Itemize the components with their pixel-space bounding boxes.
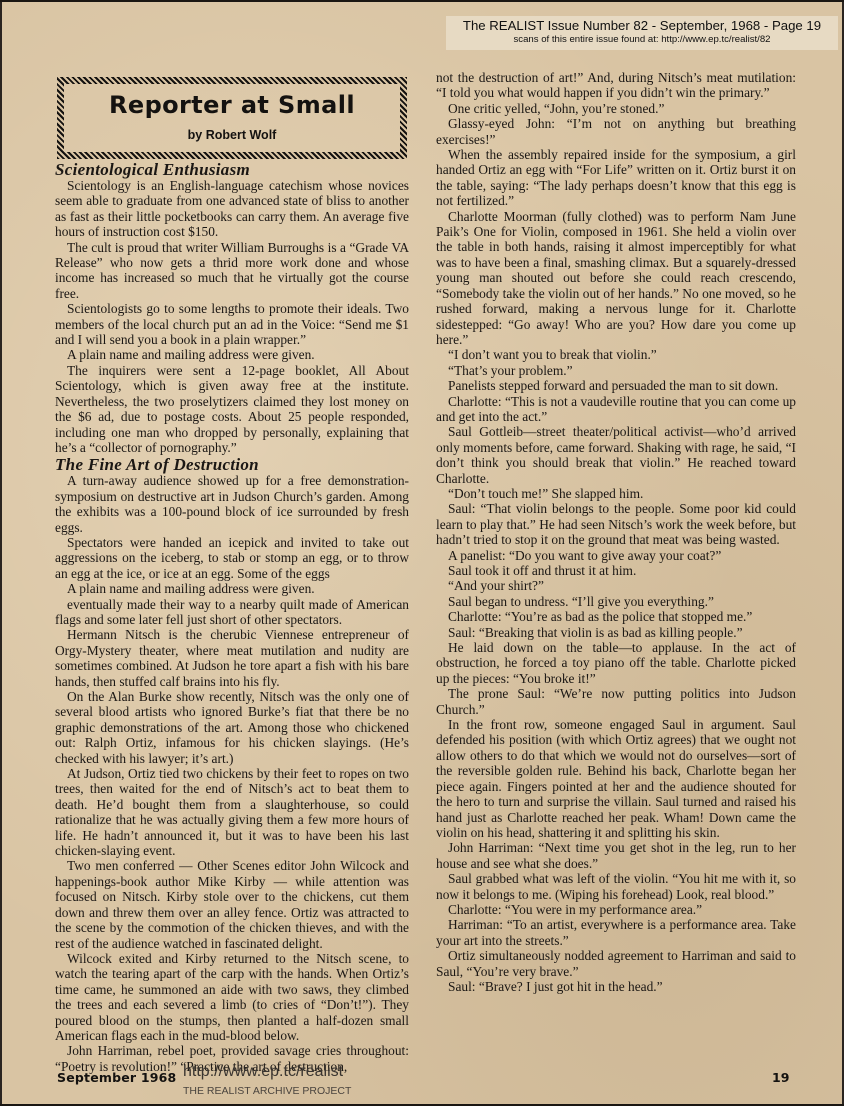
paragraph: Saul took it off and thrust it at him. xyxy=(436,563,796,578)
paragraph: Scientology is an English-language catec… xyxy=(55,178,409,240)
paragraph: Hermann Nitsch is the cherubic Viennese … xyxy=(55,627,409,689)
paragraph: Saul grabbed what was left of the violin… xyxy=(436,871,796,902)
article-masthead: Reporter at Small by Robert Wolf xyxy=(57,77,407,159)
paragraph: Saul: “Brave? I just got hit in the head… xyxy=(436,979,796,994)
paragraph: One critic yelled, “John, you’re stoned.… xyxy=(436,101,796,116)
paragraph: When the assembly repaired inside for th… xyxy=(436,147,796,209)
paragraph: Saul: “Breaking that violin is as bad as… xyxy=(436,625,796,640)
paragraph: In the front row, someone engaged Saul i… xyxy=(436,717,796,840)
paragraph: At Judson, Ortiz tied two chickens by th… xyxy=(55,766,409,858)
paragraph: John Harriman: “Next time you get shot i… xyxy=(436,840,796,871)
article-title: Reporter at Small xyxy=(64,91,400,119)
section-heading-scientology: Scientological Enthusiasm xyxy=(55,161,409,178)
section-body-destruction: A turn-away audience showed up for a fre… xyxy=(55,473,409,1074)
footer-date: September 1968 xyxy=(57,1070,176,1085)
paragraph: The prone Saul: “We’re now putting polit… xyxy=(436,686,796,717)
paragraph: Spectators were handed an icepick and in… xyxy=(55,535,409,581)
paragraph: On the Alan Burke show recently, Nitsch … xyxy=(55,689,409,766)
paragraph: “Don’t touch me!” She slapped him. xyxy=(436,486,796,501)
right-column: not the destruction of art!” And, during… xyxy=(436,70,796,994)
paragraph: Saul Gottleib—street theater/political a… xyxy=(436,424,796,486)
paragraph: “That’s your problem.” xyxy=(436,363,796,378)
paragraph: Harriman: “To an artist, everywhere is a… xyxy=(436,917,796,948)
paragraph: not the destruction of art!” And, during… xyxy=(436,70,796,101)
article-byline: by Robert Wolf xyxy=(64,128,400,142)
archive-banner-subtitle: scans of this entire issue found at: htt… xyxy=(446,34,838,46)
paragraph: Scientologists go to some lengths to pro… xyxy=(55,301,409,347)
paragraph: Wilcock exited and Kirby returned to the… xyxy=(55,951,409,1043)
section-body-scientology: Scientology is an English-language catec… xyxy=(55,178,409,455)
paragraph: A panelist: “Do you want to give away yo… xyxy=(436,548,796,563)
page-number: 19 xyxy=(772,1070,789,1085)
footer-project: THE REALIST ARCHIVE PROJECT xyxy=(183,1085,351,1097)
paragraph: Saul: “That violin belongs to the people… xyxy=(436,501,796,547)
paragraph: Charlotte Moorman (fully clothed) was to… xyxy=(436,209,796,348)
archive-banner: The REALIST Issue Number 82 - September,… xyxy=(446,16,838,50)
paragraph: Charlotte: “This is not a vaudeville rou… xyxy=(436,394,796,425)
paragraph: He laid down on the table—to applause. I… xyxy=(436,640,796,686)
right-column-body: not the destruction of art!” And, during… xyxy=(436,70,796,994)
magazine-page: The REALIST Issue Number 82 - September,… xyxy=(0,2,844,1104)
paragraph: Ortiz simultaneously nodded agreement to… xyxy=(436,948,796,979)
paragraph: The inquirers were sent a 12-page bookle… xyxy=(55,363,409,455)
paragraph: Glassy-eyed John: “I’m not on anything b… xyxy=(436,116,796,147)
section-heading-destruction: The Fine Art of Destruction xyxy=(55,456,409,473)
paragraph: “I don’t want you to break that violin.” xyxy=(436,347,796,362)
left-column: Scientological Enthusiasm Scientology is… xyxy=(55,161,409,1074)
archive-banner-title: The REALIST Issue Number 82 - September,… xyxy=(446,16,838,34)
paragraph: Charlotte: “You were in my performance a… xyxy=(436,902,796,917)
paragraph: Saul began to undress. “I’ll give you ev… xyxy=(436,594,796,609)
paragraph: Panelists stepped forward and persuaded … xyxy=(436,378,796,393)
paragraph: A turn-away audience showed up for a fre… xyxy=(55,473,409,535)
paragraph: A plain name and mailing address were gi… xyxy=(55,347,409,362)
footer-url-link[interactable]: http://www.ep.tc/realist xyxy=(183,1063,343,1081)
paragraph: “And your shirt?” xyxy=(436,578,796,593)
paragraph: eventually made their way to a nearby qu… xyxy=(55,597,409,628)
paragraph: Two men conferred — Other Scenes editor … xyxy=(55,858,409,950)
paragraph: A plain name and mailing address were gi… xyxy=(55,581,409,596)
paragraph: Charlotte: “You’re as bad as the police … xyxy=(436,609,796,624)
paragraph: The cult is proud that writer William Bu… xyxy=(55,240,409,302)
